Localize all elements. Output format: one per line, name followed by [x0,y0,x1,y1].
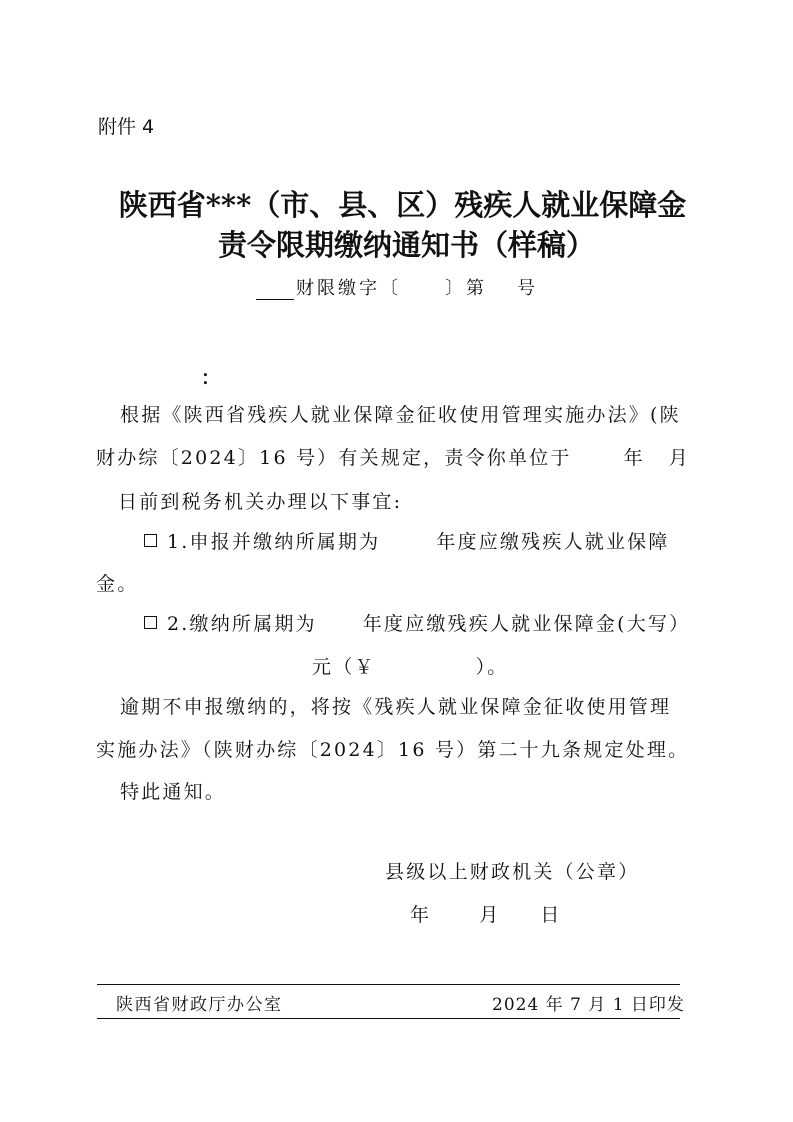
document-number: 财限缴字〔〕第号 [256,274,538,300]
footer-top-rule [97,984,680,985]
signature-date: 年月日 [410,900,562,927]
paragraph-closing: 特此通知。 [120,777,226,804]
checklist-item-1-text-a: 1.申报并缴纳所属期为 [167,531,380,553]
deadline-year-label: 年 [624,447,645,469]
signature-year-label: 年 [410,904,431,926]
signature-month-label: 月 [479,904,500,926]
signature-issuer: 县级以上财政机关（公章） [385,857,639,884]
attachment-label: 附件 4 [98,112,154,139]
paragraph-overdue-line-2: 实施办法》（陕财办综〔2024〕16 号）第二十九条规定处理。 [96,735,689,762]
checkbox-icon[interactable] [144,534,157,547]
footer-issue-date: 2024 年 7 月 1 日印发 [492,990,685,1015]
paragraph-basis-line-3: 日前到税务机关办理以下事宜: [118,487,402,514]
doc-number-text-b: 〕第 [445,278,487,299]
amount-prefix: 元（￥ [312,656,376,678]
checkbox-icon[interactable] [144,616,157,629]
checklist-item-1-continuation: 金。 [96,569,138,596]
paragraph-overdue-line-1: 逾期不申报缴纳的，将按《残疾人就业保障金征收使用管理 [120,692,671,719]
document-number-prefix-blank [256,281,294,300]
footer-bottom-rule [97,1018,680,1019]
deadline-month-label: 月 [669,447,690,469]
checklist-item-2: 2.缴纳所属期为年度应缴残疾人就业保障金(大写） [144,609,690,636]
checklist-item-1: 1.申报并缴纳所属期为年度应缴残疾人就业保障 [144,527,670,554]
footer-issuing-office: 陕西省财政厅办公室 [116,990,283,1015]
doc-number-text-a: 财限缴字〔 [296,278,401,299]
paragraph-basis-line-1: 根据《陕西省残疾人就业保障金征收使用管理实施办法》(陕 [120,400,681,427]
document-title-line-1: 陕西省***（市、县、区）残疾人就业保障金 [6,183,793,224]
document-title-line-2: 责令限期缴纳通知书（样稿） [10,223,793,264]
paragraph-basis-line-2: 财办综〔2024〕16 号）有关规定，责令你单位于年月 [96,443,690,470]
checklist-item-2-amount: 元（￥）。 [312,652,509,679]
basis-line-2-text: 财办综〔2024〕16 号）有关规定，责令你单位于 [96,447,572,469]
checklist-item-2-text-a: 2.缴纳所属期为 [167,613,317,635]
checklist-item-1-text-b: 年度应缴残疾人就业保障 [436,531,669,553]
doc-number-text-c: 号 [517,278,538,299]
recipient-colon: ： [201,363,222,390]
amount-suffix: ）。 [476,656,509,678]
signature-day-label: 日 [540,904,561,926]
checklist-item-2-text-b: 年度应缴残疾人就业保障金(大写） [363,613,691,635]
